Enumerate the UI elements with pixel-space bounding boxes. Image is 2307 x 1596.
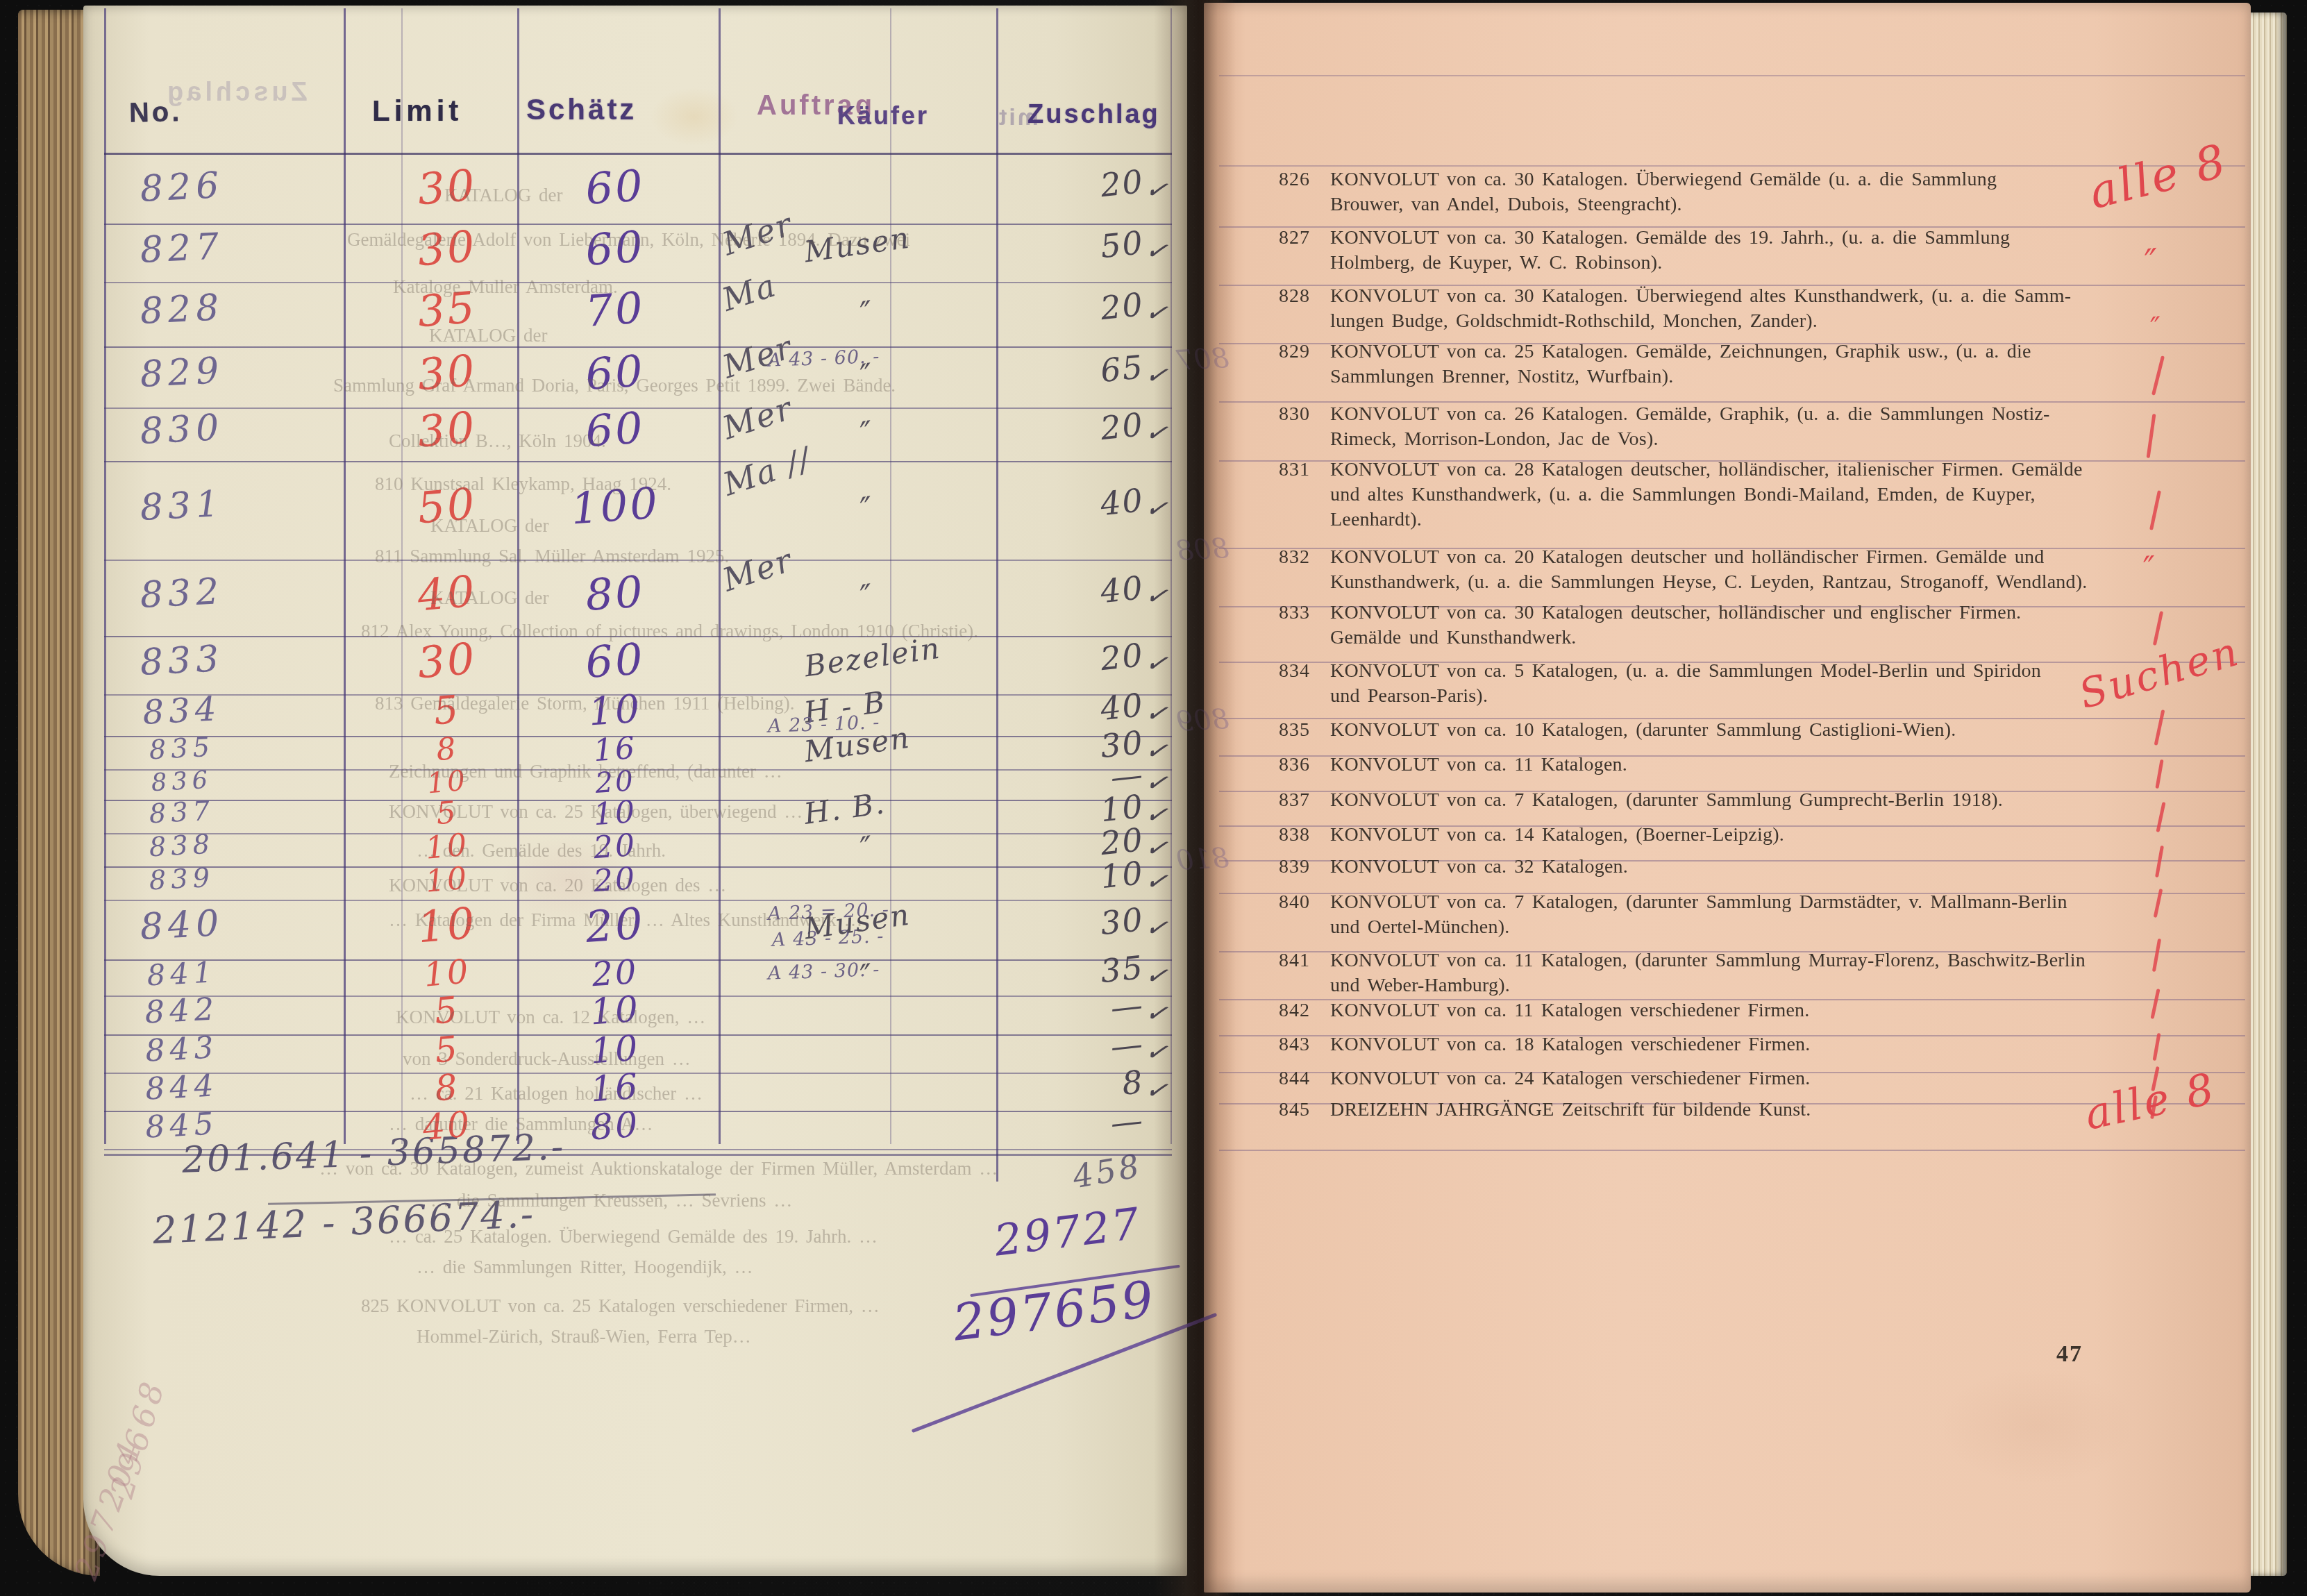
row-checkmark: ✓ <box>1143 1075 1170 1104</box>
row-checkmark: ✓ <box>1143 866 1170 896</box>
row-checkmark: ✓ <box>1143 1036 1170 1066</box>
row-no: 826 <box>126 167 239 208</box>
entry-text-line: KONVOLUT von ca. 5 Katalogen, (u. a. die… <box>1330 662 2041 681</box>
bleed-through-text: 812 Alex Young, Collection of pictures a… <box>361 622 978 641</box>
column-header-zuschlag: Zuschlag <box>1027 100 1160 130</box>
right-ruled-line <box>1219 401 2245 403</box>
entry-text-line: Holmberg, de Kuyper, W. C. Robinson). <box>1330 253 1662 273</box>
entry-text-line: KONVOLUT von ca. 7 Katalogen, (darunter … <box>1330 791 2003 810</box>
entry-number: 837 <box>1279 791 1310 810</box>
row-no: 832 <box>126 573 239 614</box>
left-row-line <box>104 461 1172 462</box>
entry-number: 830 <box>1279 405 1310 424</box>
left-table-vline <box>104 8 106 1144</box>
auction-ledger-scan: No. Limit Schätz Auftrag Käufer mit Zusc… <box>0 0 2307 1596</box>
bleed-through-text: KATALOG der <box>444 186 563 205</box>
left-table-vline <box>1171 8 1172 1144</box>
bleed-through-stamp: Zuschlag <box>164 78 308 108</box>
left-table-vline <box>996 8 998 1182</box>
row-no: 845 <box>126 1108 238 1144</box>
bleed-through-text: 811 Sammlung Sal. Müller Amsterdam 1925. <box>375 547 729 566</box>
entry-text-line: und altes Kunsthandwerk, (u. a. die Samm… <box>1330 485 2036 505</box>
bleed-through-text: Hommel-Zürich, Strauß-Wien, Ferra Tep… <box>417 1327 751 1346</box>
row-no: 831 <box>126 485 239 527</box>
bleed-through-text: … von ca. 30 Katalogen, zumeist Auktions… <box>319 1159 998 1178</box>
bleed-through-number: 810 <box>1175 844 1230 875</box>
bleed-through-text: … ca. 25 Katalogen. Überwiegend Gemälde … <box>389 1227 878 1246</box>
entry-text-line: KONVOLUT von ca. 24 Katalogen verschiede… <box>1330 1069 1811 1089</box>
bleed-through-text: 810 Kunstsaal Kleykamp, Haag 1924. <box>375 475 671 494</box>
row-checkmark: ✓ <box>1143 648 1170 678</box>
entry-text-line: Leenhardt). <box>1330 510 1422 530</box>
row-checkmark: ✓ <box>1143 360 1170 390</box>
row-checkmark: ✓ <box>1143 998 1170 1028</box>
bleed-through-text: Collektion B…, Köln 1904. <box>389 432 606 451</box>
bleed-through-text: KATALOG der <box>430 589 549 607</box>
row-no: 830 <box>126 409 239 451</box>
entry-text-line: DREIZEHN JAHRGÄNGE Zeitschrift für bilde… <box>1330 1100 1811 1120</box>
entry-number: 842 <box>1279 1001 1310 1020</box>
entry-text-line: KONVOLUT von ca. 32 Katalogen. <box>1330 857 1628 877</box>
entry-text-line: KONVOLUT von ca. 18 Katalogen verschiede… <box>1330 1035 1811 1055</box>
column-header-schaetz: Schätz <box>526 93 637 126</box>
entry-text-line: KONVOLUT von ca. 30 Katalogen. Überwiege… <box>1330 170 1997 190</box>
row-checkmark: ✓ <box>1143 961 1170 991</box>
bleed-through-text: Sammlung Graf Armand Doria, Paris, Georg… <box>333 376 896 395</box>
entry-number: 844 <box>1279 1069 1310 1089</box>
bleed-through-text: 825 KONVOLUT von ca. 25 Katalogen versch… <box>361 1297 880 1316</box>
row-no: 843 <box>126 1032 238 1068</box>
entry-text-line: KONVOLUT von ca. 28 Katalogen deutscher,… <box>1330 460 2083 480</box>
entry-text-line: KONVOLUT von ca. 26 Katalogen. Gemälde, … <box>1330 405 2050 424</box>
right-ruled-line <box>1219 1150 2245 1151</box>
left-header-underline <box>104 153 1172 155</box>
bleed-through-text: 813 Gemäldegalerie Storm, München 1911 (… <box>375 694 795 713</box>
row-checkmark: ✓ <box>1143 236 1170 266</box>
entry-number: 836 <box>1279 755 1310 775</box>
entry-text-line: KONVOLUT von ca. 30 Katalogen. Gemälde d… <box>1330 228 2010 248</box>
column-header-kaeufer: Käufer <box>837 101 929 131</box>
entry-text-line: Brouwer, van Andel, Dubois, Steengracht)… <box>1330 195 1682 215</box>
entry-text-line: Rimeck, Morrison-London, Jac de Vos). <box>1330 430 1659 449</box>
row-checkmark: ✓ <box>1143 913 1170 943</box>
entry-number: 840 <box>1279 893 1310 912</box>
entry-text-line: KONVOLUT von ca. 30 Katalogen deutscher,… <box>1330 603 2021 623</box>
entry-number: 845 <box>1279 1100 1310 1120</box>
entry-number: 838 <box>1279 825 1310 845</box>
entry-number: 835 <box>1279 721 1310 740</box>
row-no: 840 <box>126 905 239 946</box>
row-no: 834 <box>126 691 238 730</box>
row-checkmark: ✓ <box>1143 494 1170 523</box>
row-checkmark: ✓ <box>1143 175 1170 205</box>
entry-number: 831 <box>1279 460 1310 480</box>
bleed-through-text: … Katalogen der Firma Müller, … Altes Ku… <box>389 911 863 930</box>
row-no: 829 <box>126 352 239 394</box>
bleed-through-number: 808 <box>1175 535 1230 565</box>
left-table-vline <box>517 8 519 1144</box>
entry-number: 839 <box>1279 857 1310 877</box>
entry-text-line: lungen Budge, Goldschmidt-Rothschild, Mo… <box>1330 312 1818 331</box>
entry-text-line: KONVOLUT von ca. 20 Katalogen deutscher … <box>1330 548 2044 567</box>
row-no: 833 <box>126 640 239 682</box>
bleed-through-text: von 3 Sonderdruck-Ausstellungen … <box>403 1050 691 1068</box>
entry-text-line: Kunsthandwerk, (u. a. die Sammlungen Hey… <box>1330 573 2087 592</box>
bleed-through-number: 809 <box>1175 705 1230 736</box>
entry-text-line: KONVOLUT von ca. 25 Katalogen. Gemälde, … <box>1330 342 2031 362</box>
row-checkmark: ✓ <box>1143 417 1170 447</box>
entry-number: 834 <box>1279 662 1310 681</box>
entry-text-line: KONVOLUT von ca. 14 Katalogen, (Boerner-… <box>1330 825 1784 845</box>
entry-number: 826 <box>1279 170 1310 190</box>
column-header-limit: Limit <box>372 94 462 128</box>
page-edge-stack-right <box>2251 12 2287 1576</box>
bleed-through-text: KATALOG der <box>430 516 549 535</box>
entry-text-line: KONVOLUT von ca. 30 Katalogen. Überwiege… <box>1330 287 2071 306</box>
entry-text-line: Sammlungen Brenner, Nostitz, Wurfbain). <box>1330 367 1674 387</box>
entry-number: 832 <box>1279 548 1310 567</box>
left-table-vline <box>890 8 891 1144</box>
row-no: 842 <box>126 993 238 1030</box>
bleed-through-text: KATALOG der <box>429 326 548 345</box>
bleed-through-text: KONVOLUT von ca. 20 Katalogen des … <box>389 876 726 895</box>
bleed-through-text: KONVOLUT von ca. 25 Katalogen, überwiege… <box>389 803 803 821</box>
bleed-through-text: Kataloge Muller Amsterdam. <box>393 278 618 296</box>
entry-text-line: Gemälde und Kunsthandwerk. <box>1330 628 1577 648</box>
row-checkmark: ✓ <box>1143 833 1170 863</box>
row-no: 827 <box>126 228 239 269</box>
bleed-through-text: … darunter die Sammlungen A… <box>389 1115 653 1134</box>
entry-text-line: KONVOLUT von ca. 11 Katalogen verschiede… <box>1330 1001 1809 1020</box>
entry-text-line: KONVOLUT von ca. 11 Katalogen, (darunter… <box>1330 951 2086 971</box>
bleed-through-text: … die Sammlungen Ritter, Hoogendijk, … <box>417 1258 753 1277</box>
bleed-through-number: 807 <box>1175 344 1230 375</box>
bleed-through-text: … die Sammlungen Kreussen, … Sevriens … <box>430 1191 792 1210</box>
entry-text-line: und Weber-Hamburg). <box>1330 976 1510 996</box>
right-ruled-line <box>1219 75 2245 76</box>
row-checkmark: ✓ <box>1143 736 1170 766</box>
entry-text-line: KONVOLUT von ca. 10 Katalogen, (darunter… <box>1330 721 1956 740</box>
entry-text-line: und Oertel-München). <box>1330 918 1509 937</box>
row-checkmark: ✓ <box>1143 581 1170 611</box>
row-no: 841 <box>126 957 238 991</box>
entry-number: 829 <box>1279 342 1310 362</box>
row-checkmark: ✓ <box>1143 698 1170 728</box>
left-table-vline <box>344 8 346 1144</box>
bleed-through-text: KONVOLUT von ca. 12 Katalogen, … <box>396 1008 705 1027</box>
entry-number: 828 <box>1279 287 1310 306</box>
entry-text-line: und Pearson-Paris). <box>1330 687 1488 706</box>
row-checkmark: ✓ <box>1143 800 1170 830</box>
entry-text-line: KONVOLUT von ca. 11 Katalogen. <box>1330 755 1627 775</box>
entry-text-line: KONVOLUT von ca. 7 Katalogen, (darunter … <box>1330 893 2067 912</box>
entry-number: 843 <box>1279 1035 1310 1055</box>
row-no: 828 <box>126 289 239 330</box>
page-number: 47 <box>2056 1343 2083 1366</box>
bleed-through-text: Zeichnungen und Graphik betreffend, (dar… <box>389 762 782 781</box>
bleed-through-text: … den. Gemälde des 19. Jahrh. <box>417 841 666 860</box>
bleed-through-text: … ca. 21 Katalogen holländischer … <box>410 1084 703 1103</box>
row-no: 844 <box>126 1070 238 1106</box>
row-checkmark: ✓ <box>1143 768 1170 798</box>
entry-number: 841 <box>1279 951 1310 971</box>
entry-number: 827 <box>1279 228 1310 248</box>
left-table-vline <box>719 8 721 1144</box>
bleed-through-text: Gemäldegalerie Adolf von Liebermann, Köl… <box>347 230 910 249</box>
entry-number: 833 <box>1279 603 1310 623</box>
left-table-bottom-line <box>104 1154 1172 1156</box>
row-checkmark: ✓ <box>1143 297 1170 327</box>
